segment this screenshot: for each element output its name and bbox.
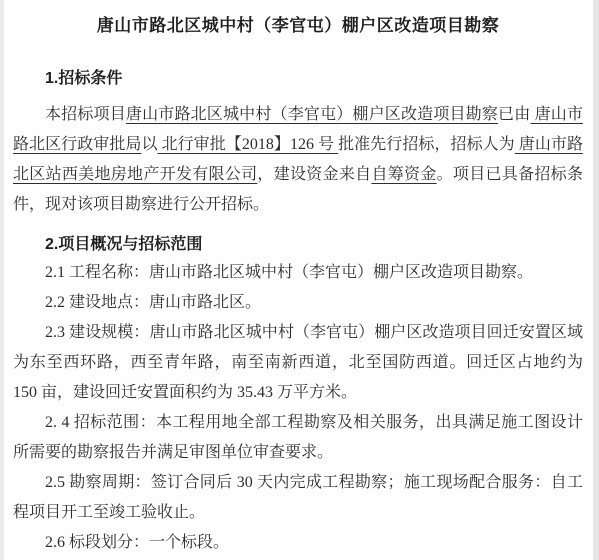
clause-location: 2.2 建设地点：唐山市路北区。 xyxy=(13,288,583,318)
text-segment: 本招标项目 xyxy=(45,106,126,123)
clause-bid-sections: 2.6 标段划分：一个标段。 xyxy=(13,528,583,558)
text-segment: 以 xyxy=(141,136,157,153)
text-segment: 已由 xyxy=(498,106,530,123)
clause-survey-period: 2.5 勘察周期：签订合同后 30 天内完成工程勘察；施工现场配合服务：自工程项… xyxy=(13,468,583,528)
clause-scale: 2.3 建设规模：唐山市路北区城中村（李官屯）棚户区改造项目回迁安置区域为东至西… xyxy=(13,318,583,408)
section-1-heading: 1.招标条件 xyxy=(13,66,583,92)
clause-bid-scope: 2. 4 招标范围：本工程用地全部工程勘察及相关服务，出具满足施工图设计所需要的… xyxy=(13,408,583,468)
clause-project-name: 2.1 工程名称：唐山市路北区城中村（李官屯）棚户区改造项目勘察。 xyxy=(13,258,583,288)
text-segment-project-name: 唐山市路北区城中村（李官屯）棚户区改造项目勘察 xyxy=(126,106,498,123)
section-2-heading: 2.项目概况与招标范围 xyxy=(13,232,583,258)
text-segment: ，建设资金来自 xyxy=(257,166,371,183)
document-title: 唐山市路北区城中村（李官屯）棚户区改造项目勘察 xyxy=(13,14,583,38)
text-segment-funding-source: 自筹资金 xyxy=(371,166,436,183)
section-project-overview: 2.项目概况与招标范围 2.1 工程名称：唐山市路北区城中村（李官屯）棚户区改造… xyxy=(13,232,583,558)
text-segment-approval-number: 北行审批【2018】126 号 xyxy=(158,136,339,153)
text-segment: 批准先行招标，招标人为 xyxy=(338,136,515,153)
document-page: 唐山市路北区城中村（李官屯）棚户区改造项目勘察 1.招标条件 本招标项目唐山市路… xyxy=(0,0,599,560)
intro-paragraph: 本招标项目唐山市路北区城中村（李官屯）棚户区改造项目勘察已由 唐山市路北区行政审… xyxy=(13,100,583,220)
section-bidding-conditions: 1.招标条件 本招标项目唐山市路北区城中村（李官屯）棚户区改造项目勘察已由 唐山… xyxy=(13,66,583,220)
